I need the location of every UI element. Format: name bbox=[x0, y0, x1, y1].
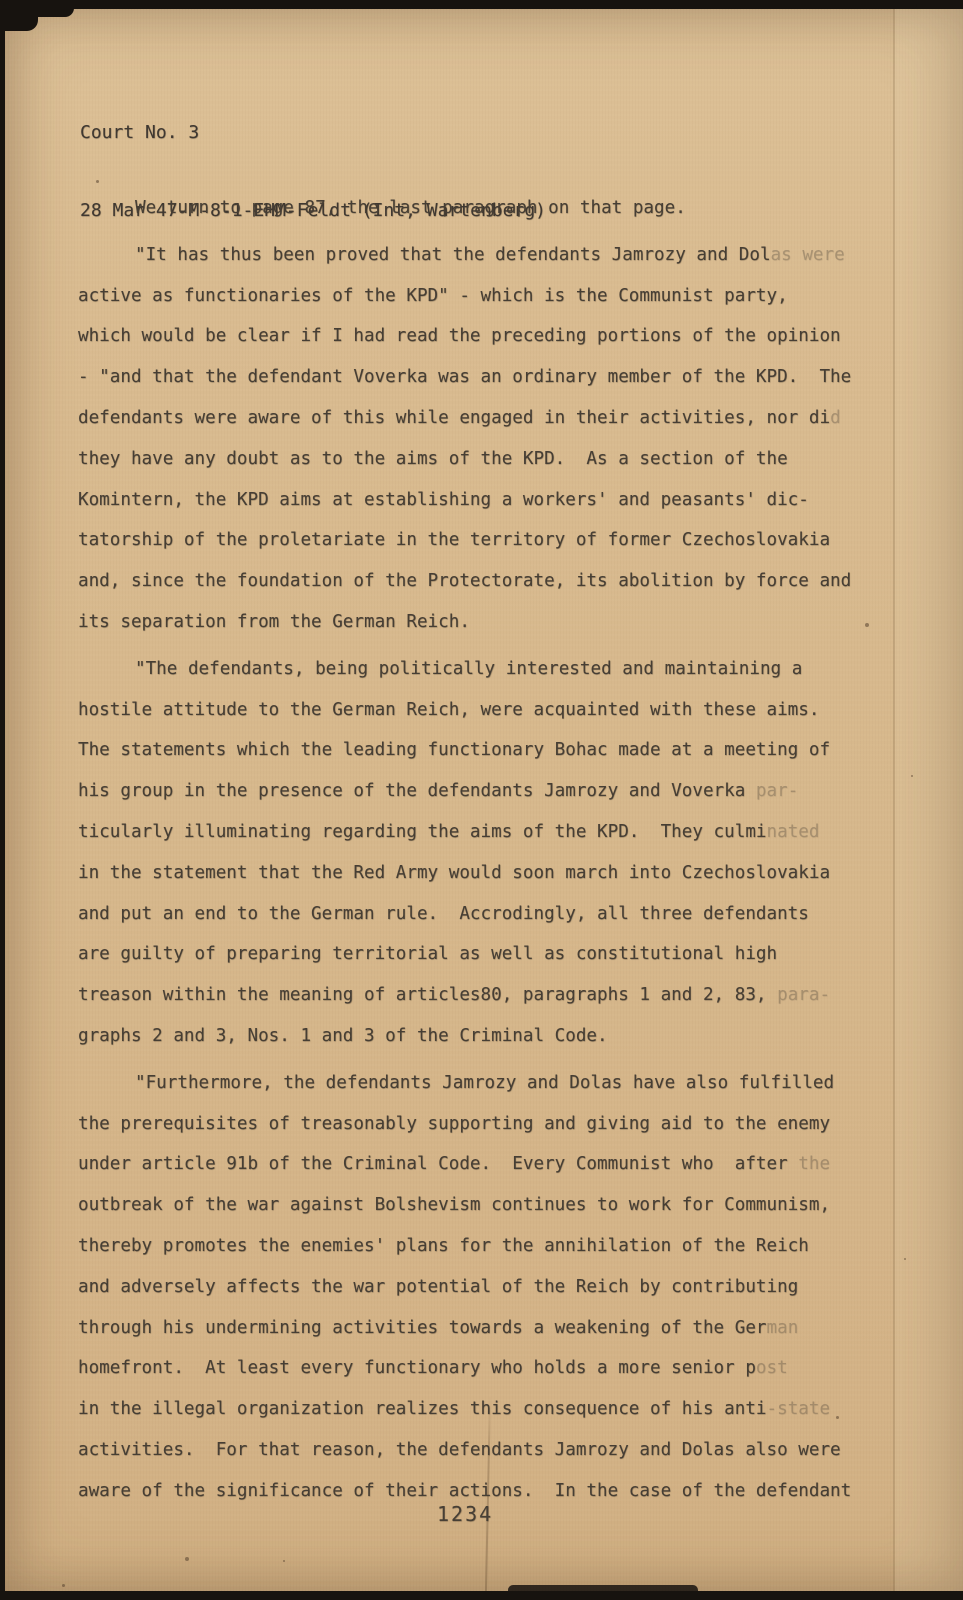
text-line: active as functionaries of the KPD" - wh… bbox=[78, 276, 898, 317]
court-number-line: Court No. 3 bbox=[80, 120, 546, 146]
text-line: under article 91b of the Criminal Code. … bbox=[78, 1144, 898, 1185]
line-text: in the illegal organization realizes thi… bbox=[78, 1399, 767, 1419]
scan-edge-left bbox=[0, 0, 5, 1600]
line-text: through his undermining activities towar… bbox=[78, 1318, 767, 1338]
line-text-faded: para- bbox=[777, 985, 830, 1005]
line-text: outbreak of the war against Bolshevism c… bbox=[78, 1195, 830, 1215]
line-text: in the statement that the Red Army would… bbox=[78, 863, 830, 883]
line-text: thereby promotes the enemies' plans for … bbox=[78, 1236, 809, 1256]
text-line: defendants were aware of this while enga… bbox=[78, 398, 898, 439]
text-line: they have any doubt as to the aims of th… bbox=[78, 439, 898, 480]
line-text-faded: ost bbox=[756, 1358, 788, 1378]
line-text-faded: -state bbox=[767, 1399, 831, 1419]
text-line: in the statement that the Red Army would… bbox=[78, 853, 898, 894]
line-text: graphs 2 and 3, Nos. 1 and 3 of the Crim… bbox=[78, 1026, 608, 1046]
text-line: We turn to page 87, the last paragraph o… bbox=[78, 188, 898, 229]
text-line: which would be clear if I had read the p… bbox=[78, 316, 898, 357]
line-text: "Furthermore, the defendants Jamrozy and… bbox=[135, 1073, 834, 1093]
line-text: are guilty of preparing territorial as w… bbox=[78, 944, 777, 964]
text-line: homefront. At least every functionary wh… bbox=[78, 1348, 898, 1389]
text-line: hostile attitude to the German Reich, we… bbox=[78, 690, 898, 731]
scan-edge-top bbox=[0, 0, 917, 9]
line-text: tatorship of the proletariate in the ter… bbox=[78, 530, 830, 550]
line-text: The statements which the leading functio… bbox=[78, 740, 830, 760]
line-text: the prerequisites of treasonably support… bbox=[78, 1114, 830, 1134]
line-text: "The defendants, being politically inter… bbox=[135, 659, 802, 679]
line-text: treason within the meaning of articles80… bbox=[78, 985, 777, 1005]
line-text-faded: the bbox=[798, 1154, 830, 1174]
transcript-body: We turn to page 87, the last paragraph o… bbox=[78, 188, 898, 1512]
text-line: activities. For that reason, the defenda… bbox=[78, 1430, 898, 1471]
text-line: the prerequisites of treasonably support… bbox=[78, 1104, 898, 1145]
text-line: treason within the meaning of articles80… bbox=[78, 975, 898, 1016]
text-line: through his undermining activities towar… bbox=[78, 1308, 898, 1349]
text-line: are guilty of preparing territorial as w… bbox=[78, 934, 898, 975]
line-text: and adversely affects the war potential … bbox=[78, 1277, 798, 1297]
text-line: The statements which the leading functio… bbox=[78, 730, 898, 771]
text-line: "The defendants, being politically inter… bbox=[78, 649, 898, 690]
line-text: hostile attitude to the German Reich, we… bbox=[78, 700, 819, 720]
line-text-faded: d bbox=[830, 408, 841, 428]
line-text-faded: nated bbox=[767, 822, 820, 842]
line-text: defendants were aware of this while enga… bbox=[78, 408, 830, 428]
line-text: and put an end to the German rule. Accro… bbox=[78, 904, 809, 924]
line-text: activities. For that reason, the defenda… bbox=[78, 1440, 841, 1460]
page-number: 1234 bbox=[437, 1502, 493, 1526]
paragraph: "Furthermore, the defendants Jamrozy and… bbox=[78, 1063, 898, 1512]
text-line: "Furthermore, the defendants Jamrozy and… bbox=[78, 1063, 898, 1104]
text-line: Komintern, the KPD aims at establishing … bbox=[78, 480, 898, 521]
scan-edge-bottom bbox=[0, 1591, 963, 1600]
text-line: his group in the presence of the defenda… bbox=[78, 771, 898, 812]
text-line: tatorship of the proletariate in the ter… bbox=[78, 520, 898, 561]
text-line: and adversely affects the war potential … bbox=[78, 1267, 898, 1308]
text-line: in the illegal organization realizes thi… bbox=[78, 1389, 898, 1430]
paper-speckle bbox=[904, 1258, 906, 1260]
text-line: outbreak of the war against Bolshevism c… bbox=[78, 1185, 898, 1226]
text-line: and put an end to the German rule. Accro… bbox=[78, 894, 898, 935]
scan-torn-corner bbox=[0, 0, 38, 31]
text-line: and, since the foundation of the Protect… bbox=[78, 561, 898, 602]
line-text: - "and that the defendant Voverka was an… bbox=[78, 367, 851, 387]
paragraph: "The defendants, being politically inter… bbox=[78, 649, 898, 1057]
paper-fold-highlight bbox=[895, 9, 963, 1591]
line-text: under article 91b of the Criminal Code. … bbox=[78, 1154, 798, 1174]
line-text-faded: man bbox=[767, 1318, 799, 1338]
paper-speckle bbox=[911, 775, 913, 777]
line-text-faded: as were bbox=[771, 245, 845, 265]
line-text: ticularly illuminating regarding the aim… bbox=[78, 822, 767, 842]
line-text: We turn to page 87, the last paragraph o… bbox=[135, 198, 686, 218]
text-line: "It has thus been proved that the defend… bbox=[78, 235, 898, 276]
line-text: aware of the significance of their actio… bbox=[78, 1481, 851, 1501]
paper-speckle bbox=[185, 1557, 189, 1561]
text-line: ticularly illuminating regarding the aim… bbox=[78, 812, 898, 853]
paper-speckle bbox=[283, 1560, 285, 1562]
line-text: his group in the presence of the defenda… bbox=[78, 781, 756, 801]
line-text: homefront. At least every functionary wh… bbox=[78, 1358, 756, 1378]
text-line: graphs 2 and 3, Nos. 1 and 3 of the Crim… bbox=[78, 1016, 898, 1057]
line-text: they have any doubt as to the aims of th… bbox=[78, 449, 788, 469]
line-text: "It has thus been proved that the defend… bbox=[135, 245, 771, 265]
text-line: - "and that the defendant Voverka was an… bbox=[78, 357, 898, 398]
text-line: thereby promotes the enemies' plans for … bbox=[78, 1226, 898, 1267]
line-text: its separation from the German Reich. bbox=[78, 612, 470, 632]
paragraph: We turn to page 87, the last paragraph o… bbox=[78, 188, 898, 229]
line-text: active as functionaries of the KPD" - wh… bbox=[78, 286, 788, 306]
line-text: and, since the foundation of the Protect… bbox=[78, 571, 851, 591]
line-text: which would be clear if I had read the p… bbox=[78, 326, 841, 346]
line-text: Komintern, the KPD aims at establishing … bbox=[78, 490, 809, 510]
text-line: its separation from the German Reich. bbox=[78, 602, 898, 643]
line-text-faded: par- bbox=[756, 781, 798, 801]
paper-speckle bbox=[62, 1584, 65, 1587]
scan-background: { "header": { "line1": "Court No. 3", "l… bbox=[0, 0, 963, 1600]
paragraph: "It has thus been proved that the defend… bbox=[78, 235, 898, 643]
